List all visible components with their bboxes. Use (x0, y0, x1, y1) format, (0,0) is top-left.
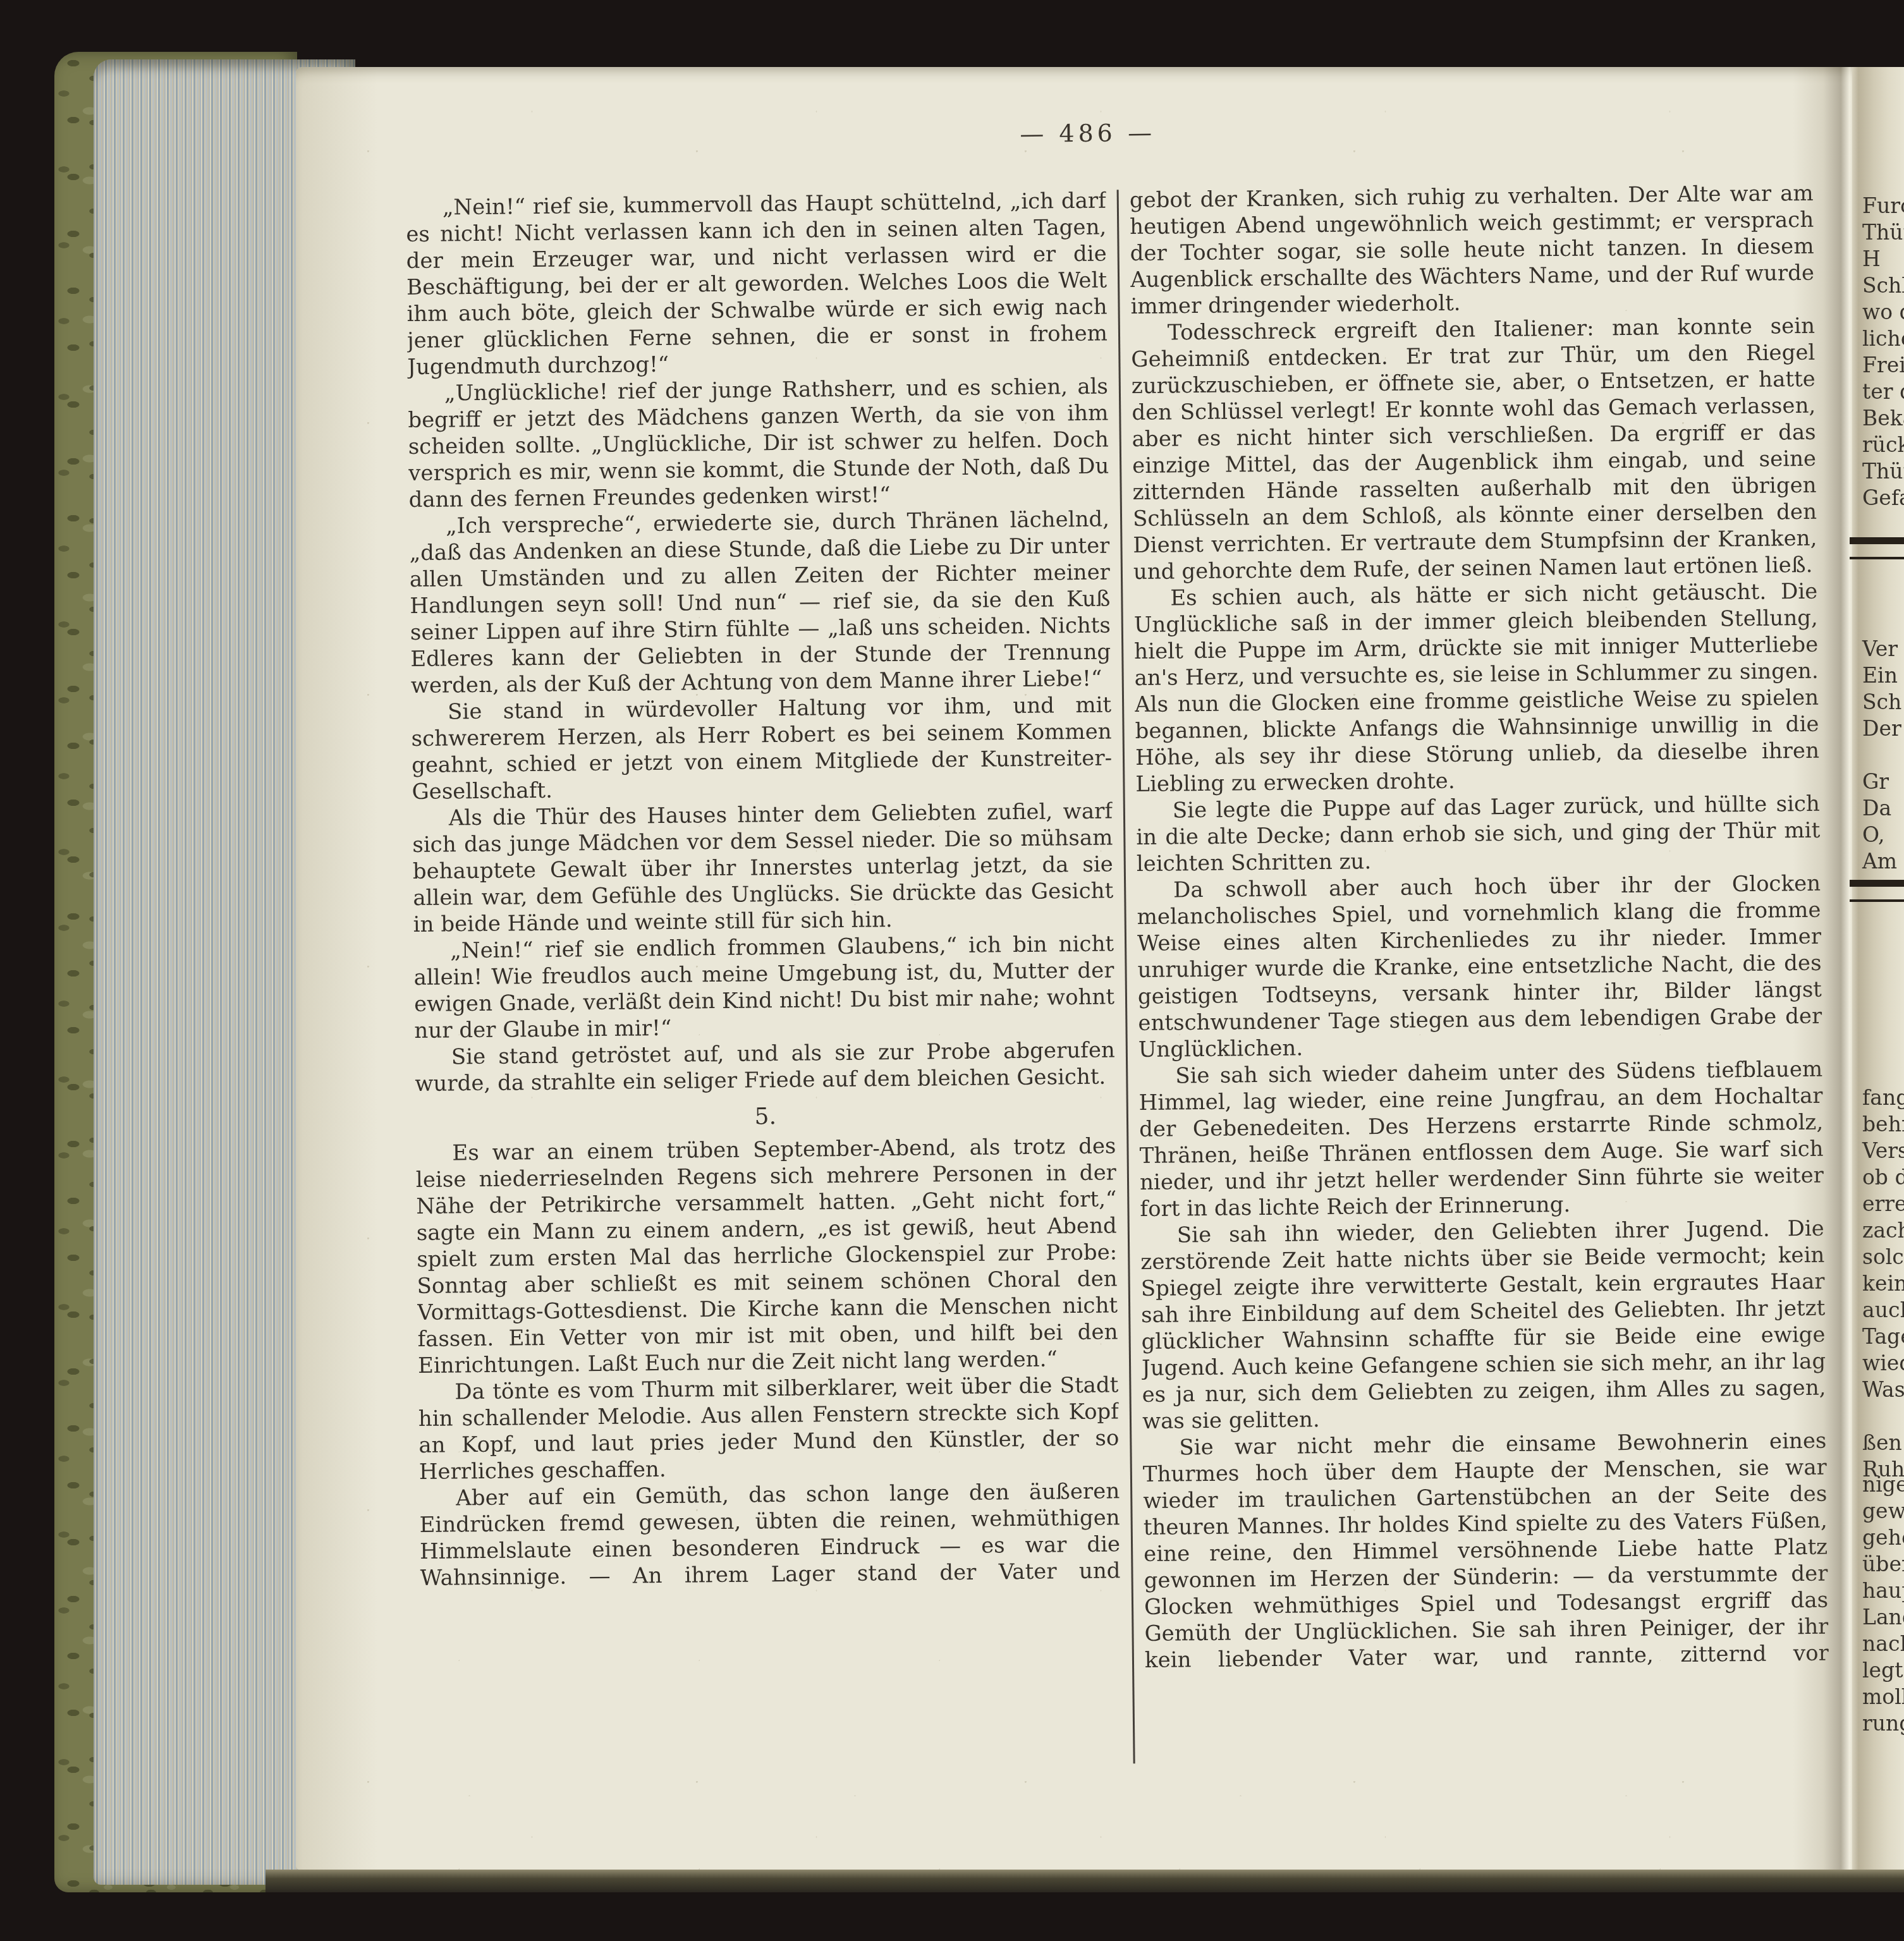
paragraph: Todesschreck ergreift den Italiener: man… (1131, 313, 1817, 585)
fragment-line: fang (1862, 1085, 1904, 1111)
fragment-line (1862, 1403, 1904, 1430)
fragment-line: O, (1862, 822, 1904, 848)
fragment-line: Am (1862, 848, 1904, 875)
fragment-line: nigem (1862, 1471, 1904, 1498)
fragment-line: erreich (1862, 1191, 1904, 1217)
fragment-line: Furch (1862, 193, 1904, 219)
paragraph: Sie legte die Puppe auf das Lager zurück… (1136, 791, 1821, 877)
sliver-fragments-top: FurchThürHSchlawo delicherFreieter deBek… (1862, 193, 1904, 511)
fragment-line: nachde (1862, 1631, 1904, 1657)
paragraph: Es war an einem trüben September-Abend, … (415, 1133, 1118, 1379)
fragment-line: gewöh (1862, 1498, 1904, 1524)
paragraph: Da tönte es vom Thurm mit silberklarer, … (418, 1372, 1120, 1485)
fragment-line: licher (1862, 326, 1904, 352)
fragment-line: Der (1862, 715, 1904, 742)
right-column: gebot der Kranken, sich ruhig zu verhalt… (1130, 180, 1830, 1774)
fragment-line: ob die (1862, 1164, 1904, 1191)
fragment-line: Thür (1862, 219, 1904, 246)
paragraph: gebot der Kranken, sich ruhig zu verhalt… (1130, 180, 1815, 320)
fragment-line: Landn (1862, 1604, 1904, 1631)
fragment-line: überze (1862, 1551, 1904, 1578)
fragment-line: zach (1862, 1217, 1904, 1244)
paragraph: „Unglückliche! rief der junge Rathsherr,… (408, 373, 1109, 513)
paragraph: Da schwoll aber auch hoch über ihr der G… (1137, 870, 1822, 1063)
fragment-line: auch e (1862, 1297, 1904, 1323)
sliver-fragments-bottom: nigemgewöhgehen,überzehauptLandnnachdele… (1862, 1471, 1904, 1737)
page-number: — 486 — (898, 118, 1277, 149)
fragment-line: legt d (1862, 1657, 1904, 1684)
paragraph: „Nein!“ rief sie, kummervoll das Haupt s… (406, 188, 1108, 381)
fragment-line: gehen, (1862, 1524, 1904, 1551)
fragment-line: H (1862, 246, 1904, 272)
paragraph: Sie stand getröstet auf, und als sie zur… (415, 1037, 1116, 1097)
fragment-line: rückhi (1862, 432, 1904, 458)
fragment-line (1862, 742, 1904, 769)
fragment-line: Bekan (1862, 405, 1904, 432)
fragment-line: Sch (1862, 689, 1904, 715)
fragment-line: Was (1862, 1377, 1904, 1403)
paragraph: „Ich verspreche“, erwiederte sie, durch … (409, 506, 1111, 699)
sliver-fragments-lower: fangbehrliVersuob dieerreichzachsolcherk… (1862, 1085, 1904, 1483)
next-page-text-sliver: FurchThürHSchlawo delicherFreieter deBek… (1862, 0, 1904, 1941)
fragment-line: Versu (1862, 1138, 1904, 1164)
sliver-fragments-middle: VerEinSchDerGrDaO,Am (1862, 636, 1904, 875)
fragment-line: wieder (1862, 1350, 1904, 1377)
fragment-line: rung (1862, 1710, 1904, 1737)
fragment-line: Tagen (1862, 1323, 1904, 1350)
fragment-line: ter de (1862, 379, 1904, 405)
paragraph: Aber auf ein Gemüth, das schon lange den… (419, 1478, 1121, 1591)
fragment-line: wo de (1862, 299, 1904, 326)
fragment-line: Gefan (1862, 485, 1904, 511)
fragment-line: Gr (1862, 769, 1904, 795)
paragraph: Sie stand in würdevoller Haltung vor ihm… (411, 691, 1113, 805)
fragment-line: ßen b (1862, 1430, 1904, 1456)
paragraph: Sie war nicht mehr die einsame Bewohneri… (1142, 1428, 1829, 1674)
fragment-line: solcher (1862, 1244, 1904, 1270)
fragment-line: molker (1862, 1684, 1904, 1710)
fragment-line: Schla (1862, 272, 1904, 299)
sliver-section-rule (1850, 537, 1904, 559)
paragraph: Es schien auch, als hätte er sich nicht … (1133, 578, 1819, 798)
fragment-line: Ver (1862, 636, 1904, 662)
book-scan-page: — 486 — „Nein!“ rief sie, kummervoll das… (0, 0, 1904, 1941)
fragment-line: haupt (1862, 1578, 1904, 1604)
fragment-line: Freie (1862, 352, 1904, 379)
paragraph: Sie sah sich wieder daheim unter des Süd… (1138, 1056, 1824, 1222)
section-heading: 5. (415, 1100, 1116, 1134)
sliver-section-rule (1850, 880, 1904, 902)
paragraph: Sie sah ihn wieder, den Geliebten ihrer … (1140, 1215, 1826, 1435)
fragment-line: kein l (1862, 1270, 1904, 1297)
fragment-line: Da (1862, 795, 1904, 822)
fragment-line: behrli (1862, 1111, 1904, 1138)
fragment-line: Thür (1862, 458, 1904, 485)
paragraph: Als die Thür des Hauses hinter dem Gelie… (412, 798, 1114, 938)
paragraph: „Nein!“ rief sie endlich frommen Glauben… (413, 930, 1115, 1044)
page-text-block: — 486 — „Nein!“ rief sie, kummervoll das… (288, 58, 1904, 1877)
left-column: „Nein!“ rief sie, kummervoll das Haupt s… (406, 188, 1123, 1762)
fragment-line: Ein (1862, 662, 1904, 689)
